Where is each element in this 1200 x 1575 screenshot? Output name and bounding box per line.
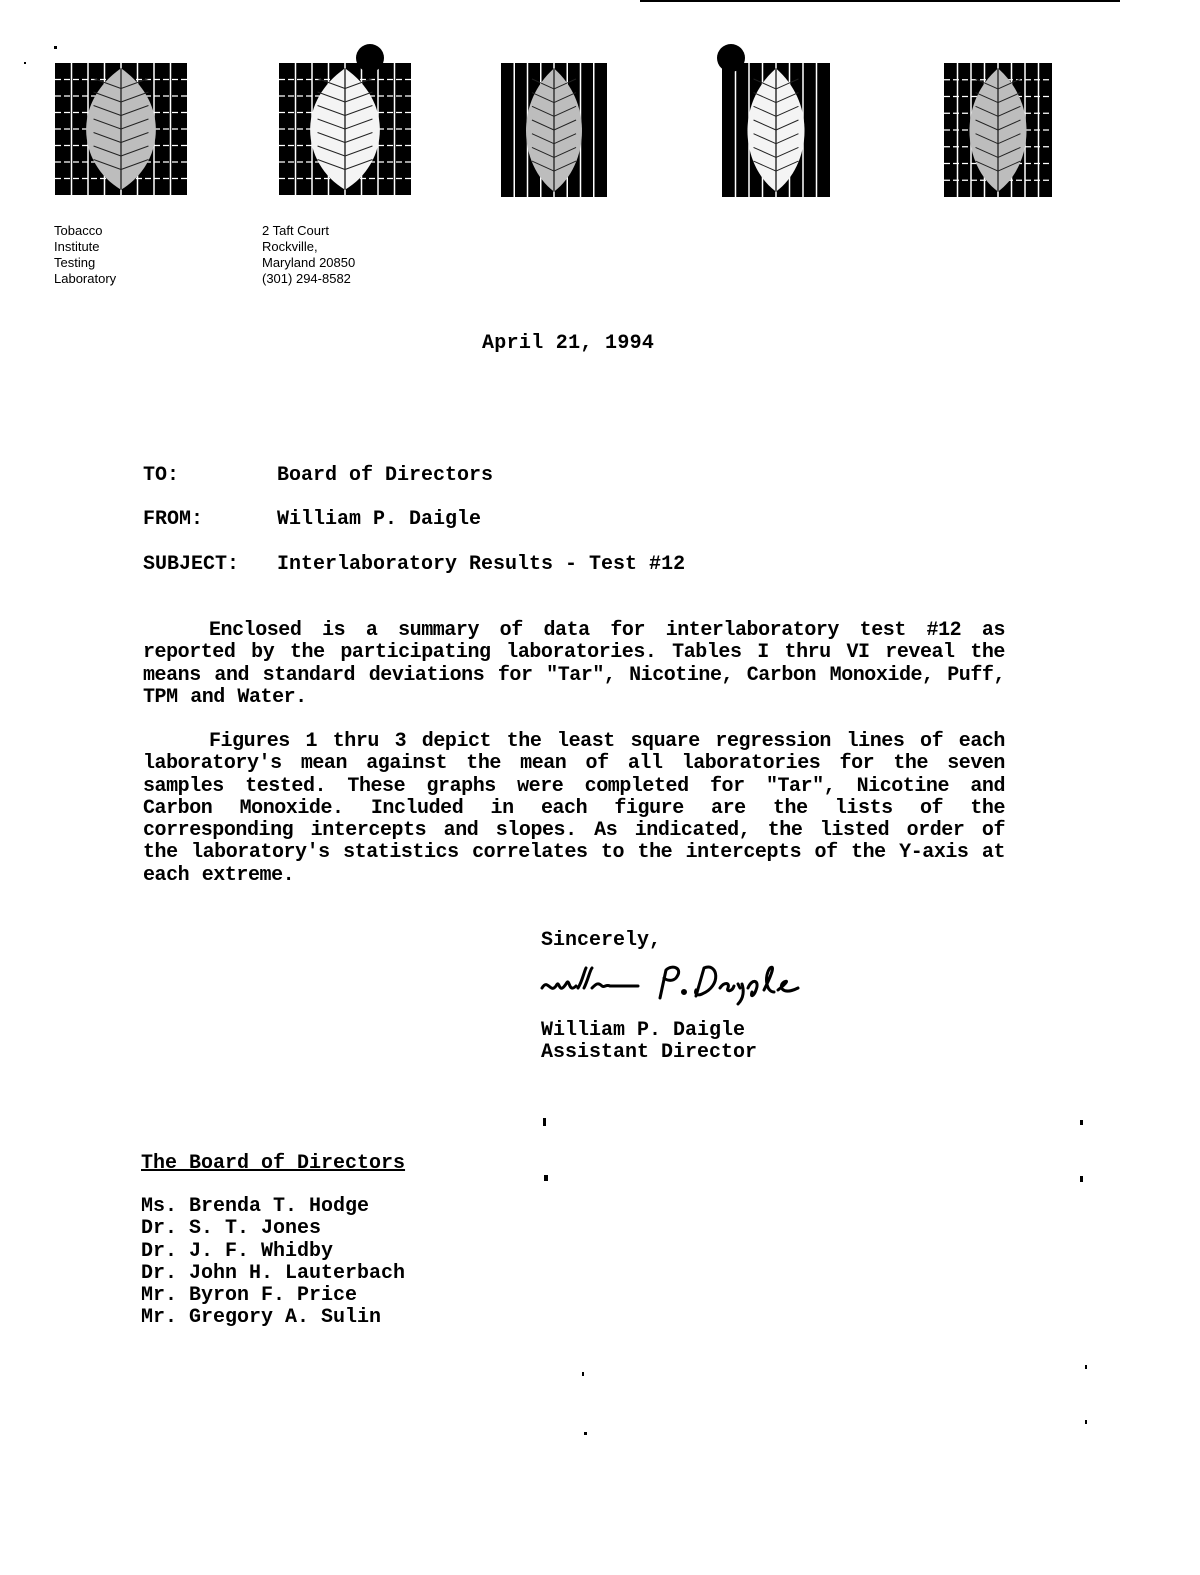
signer-name: William P. Daigle xyxy=(541,1020,757,1042)
board-member: Dr. S. T. Jones xyxy=(141,1218,405,1240)
signer-title: Assistant Director xyxy=(541,1042,757,1064)
tobacco-leaf-icon xyxy=(722,63,830,197)
board-member-list: Ms. Brenda T. Hodge Dr. S. T. Jones Dr. … xyxy=(141,1196,405,1330)
organization-address: 2 Taft Court Rockville, Maryland 20850 (… xyxy=(262,223,355,287)
signer-block: William P. Daigle Assistant Director xyxy=(541,1020,757,1064)
letter-date: April 21, 1994 xyxy=(482,332,654,355)
closing-salutation: Sincerely, xyxy=(541,930,661,952)
body-paragraph-1-text: Enclosed is a summary of data for interl… xyxy=(143,619,1005,709)
board-member: Mr. Byron F. Price xyxy=(141,1285,405,1307)
memo-from-value: William P. Daigle xyxy=(277,508,481,531)
logo-dot-decoration xyxy=(356,44,384,72)
body-paragraph-2: Figures 1 thru 3 depict the least square… xyxy=(143,731,1005,887)
tobacco-leaf-icon xyxy=(279,63,411,195)
organization-name: Tobacco Institute Testing Laboratory xyxy=(54,223,116,287)
scan-speck xyxy=(1080,1120,1083,1125)
body-paragraph-1: Enclosed is a summary of data for interl… xyxy=(143,620,1005,709)
scan-speck xyxy=(543,1118,546,1126)
memo-to-row: TO:Board of Directors xyxy=(143,464,493,487)
scan-speck xyxy=(1080,1176,1083,1182)
scan-speck xyxy=(1085,1365,1087,1369)
scan-speck xyxy=(544,1175,548,1181)
memo-subject-row: SUBJECT:Interlaboratory Results - Test #… xyxy=(143,553,685,576)
memo-from-row: FROM:William P. Daigle xyxy=(143,508,481,531)
board-member: Ms. Brenda T. Hodge xyxy=(141,1196,405,1218)
memo-to-value: Board of Directors xyxy=(277,464,493,487)
board-member: Dr. J. F. Whidby xyxy=(141,1241,405,1263)
board-member: Mr. Gregory A. Sulin xyxy=(141,1307,405,1329)
scan-edge-line xyxy=(640,0,1120,2)
body-paragraph-2-text: Figures 1 thru 3 depict the least square… xyxy=(143,730,1005,887)
memo-to-label: TO: xyxy=(143,464,277,487)
board-heading: The Board of Directors xyxy=(141,1152,405,1175)
scan-speck xyxy=(54,46,57,49)
tobacco-leaf-icon xyxy=(944,63,1052,197)
logo-dot-decoration xyxy=(717,44,745,72)
scan-speck xyxy=(582,1372,584,1376)
memo-from-label: FROM: xyxy=(143,508,277,531)
scan-speck xyxy=(1085,1420,1087,1424)
tobacco-leaf-icon xyxy=(55,63,187,195)
board-member: Dr. John H. Lauterbach xyxy=(141,1263,405,1285)
scan-speck xyxy=(24,62,26,64)
memo-subject-value: Interlaboratory Results - Test #12 xyxy=(277,553,685,576)
scan-speck xyxy=(584,1432,587,1435)
handwritten-signature: William P. Daigle xyxy=(538,958,808,1008)
tobacco-leaf-icon xyxy=(501,63,607,197)
memo-subject-label: SUBJECT: xyxy=(143,553,277,576)
